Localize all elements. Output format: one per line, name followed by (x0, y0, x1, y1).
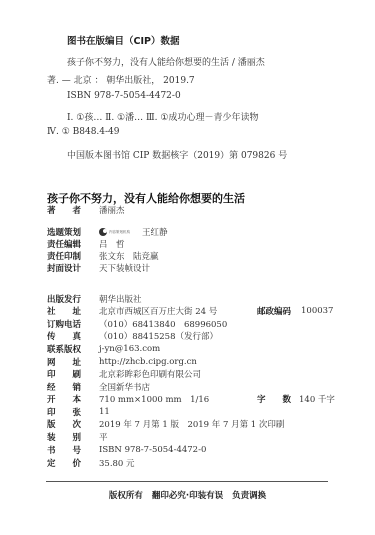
pub-label: 联系版权 (47, 343, 93, 355)
pub-label: 定 价 (47, 457, 93, 469)
pub-row-format: 开 本 710 mm×1000 mm 1/16 字 数 140 千字 (47, 393, 335, 405)
pub-value: 平 (99, 431, 108, 443)
copyright-part-3: 负责调换 (232, 491, 266, 501)
pub-value: 11 (99, 407, 110, 417)
pub-row-printer: 印 刷 北京彩眸彩色印刷有限公司 (47, 368, 201, 380)
pub-row-sheets: 印 张 11 (47, 406, 110, 418)
pub-value: http://zhcb.cipg.org.cn (99, 357, 197, 367)
cip-title-line: 孩子你不努力，没有人能给你想要的生活 / 潘丽杰 (67, 55, 265, 68)
author-label: 著 者 (47, 204, 93, 216)
pub-row-publisher: 出版发行 朝华出版社 (47, 293, 142, 305)
pub-value: （010）68413840 68996050 (99, 318, 227, 330)
copyright-part-1: 版权所有 (109, 491, 143, 501)
pub-label: 印 刷 (47, 368, 93, 380)
postcode-value: 100037 (301, 306, 333, 316)
credit-label: 封面设计 (47, 262, 93, 274)
divider-line (46, 481, 328, 482)
credit-value: 张文东 陆竞赢 (99, 250, 159, 262)
pub-label: 印 张 (47, 406, 93, 418)
cip-record-number: 中国版本图书馆 CIP 数据核字（2019）第 079826 号 (67, 148, 287, 161)
pub-value: 35.80 元 (99, 457, 135, 469)
cip-isbn-line: ISBN 978-7-5054-4472-0 (67, 91, 181, 101)
pub-label: 社 址 (47, 305, 93, 317)
pub-row-isbn: 书 号 ISBN 978-7-5054-4472-0 (47, 444, 206, 456)
pub-row-edition: 版 次 2019 年 7 月第 1 版 2019 年 7 月第 1 次印刷 (47, 418, 284, 430)
pub-label: 经 销 (47, 381, 93, 393)
pub-row-address: 社 址 北京市西城区百万庄大街 24 号 邮政编码 100037 (47, 305, 333, 317)
credit-value: 王红静 (142, 226, 168, 238)
author-row: 著 者 潘丽杰 (47, 204, 125, 216)
credit-row-printing: 责任印制 张文东 陆竞赢 (47, 250, 159, 262)
pub-value: （010）88415258（发行部） (99, 330, 218, 342)
credit-row-cover: 封面设计 天下装帧设计 (47, 262, 150, 274)
pub-value: 710 mm×1000 mm 1/16 (99, 393, 239, 405)
pub-row-binding: 装 别 平 (47, 431, 108, 443)
pub-row-fax: 传 真 （010）88415258（发行部） (47, 330, 218, 342)
word-count-label: 字 数 (257, 393, 293, 405)
pub-label: 版 次 (47, 418, 93, 430)
panda-logo-icon: 内容策划机构 (99, 228, 130, 236)
credit-row-planning: 选题策划 内容策划机构 王红静 (47, 226, 168, 238)
pub-label: 订购电话 (47, 318, 93, 330)
credit-row-editor: 责任编辑 吕 哲 (47, 238, 125, 250)
credit-value: 天下装帧设计 (99, 262, 150, 274)
credit-label: 责任编辑 (47, 238, 93, 250)
logo-text: 内容策划机构 (109, 230, 130, 235)
credit-value: 吕 哲 (99, 238, 125, 250)
postcode-label: 邮政编码 (257, 305, 291, 317)
pub-label: 装 别 (47, 431, 93, 443)
copyright-part-2: 翻印必究·印装有误 (152, 491, 223, 501)
cip-heading: 图书在版编目（CIP）数据 (67, 33, 179, 47)
pub-value: 朝华出版社 (99, 293, 142, 305)
word-count-value: 140 千字 (299, 393, 335, 405)
pub-value: 2019 年 7 月第 1 版 2019 年 7 月第 1 次印刷 (99, 418, 284, 430)
pub-row-price: 定 价 35.80 元 (47, 457, 135, 469)
pub-label: 传 真 (47, 330, 93, 342)
pub-value: 全国新华书店 (99, 381, 150, 393)
pub-value: ISBN 978-7-5054-4472-0 (99, 445, 206, 455)
cip-publisher-line: 著. — 北京 ： 朝华出版社， 2019.7 (47, 73, 195, 86)
credit-label: 责任印制 (47, 250, 93, 262)
pub-label: 书 号 (47, 444, 93, 456)
credit-label: 选题策划 (47, 226, 93, 238)
pub-value: 北京彩眸彩色印刷有限公司 (99, 368, 201, 380)
cip-class-line: Ⅳ. ① B848.4-49 (47, 127, 120, 137)
pub-value: j-yn@163.com (99, 344, 160, 354)
pub-row-distributor: 经 销 全国新华书店 (47, 381, 150, 393)
pub-row-website: 网 址 http://zhcb.cipg.org.cn (47, 356, 197, 368)
author-value: 潘丽杰 (99, 204, 125, 216)
pub-label: 出版发行 (47, 293, 93, 305)
pub-label: 网 址 (47, 356, 93, 368)
pub-row-order-phone: 订购电话 （010）68413840 68996050 (47, 318, 227, 330)
pub-label: 开 本 (47, 393, 93, 405)
cip-subject-line: Ⅰ. ①孩… Ⅱ. ①潘… Ⅲ. ①成功心理－青少年读物 (67, 110, 258, 123)
copyright-notice: 版权所有 翻印必究·印装有误 负责调换 (0, 489, 375, 501)
pub-value: 北京市西城区百万庄大街 24 号 (99, 305, 239, 317)
pub-row-copyright-contact: 联系版权 j-yn@163.com (47, 343, 160, 355)
